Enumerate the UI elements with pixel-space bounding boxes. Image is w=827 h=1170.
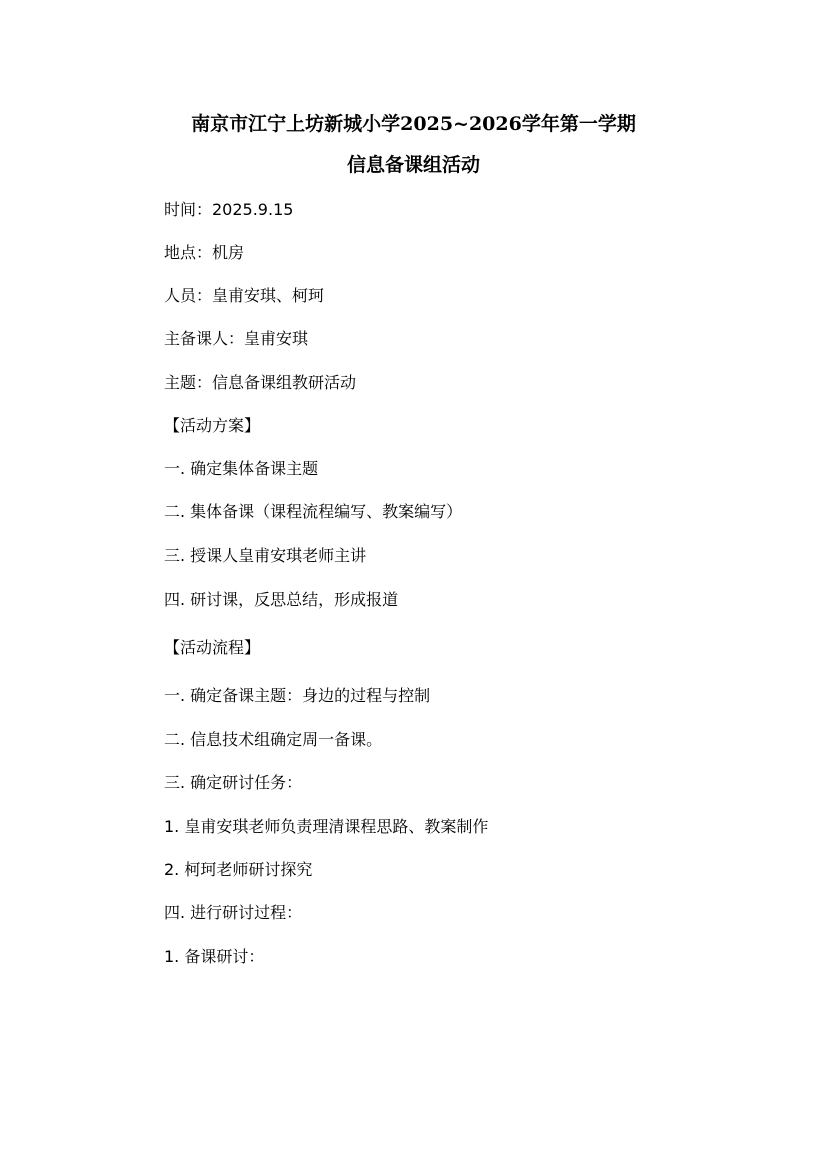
process-item: 一. 确定备课主题：身边的过程与控制	[164, 686, 430, 706]
plan-item: 三. 授课人皇甫安琪老师主讲	[164, 546, 366, 566]
process-item: 二. 信息技术组确定周一备课。	[164, 730, 382, 750]
process-item: 2. 柯珂老师研讨探究	[164, 860, 312, 880]
document-subtitle: 信息备课组活动	[0, 153, 827, 177]
process-item: 1. 皇甫安琪老师负责理清课程思路、教案制作	[164, 817, 488, 837]
info-time: 时间：2025.9.15	[164, 200, 293, 220]
info-members: 人员：皇甫安琪、柯珂	[164, 286, 324, 306]
process-item: 三. 确定研讨任务：	[164, 773, 302, 793]
document-title: 南京市江宁上坊新城小学2025~2026学年第一学期	[0, 112, 827, 136]
info-lead-preparer: 主备课人：皇甫安琪	[164, 329, 308, 349]
process-item: 1. 备课研讨：	[164, 947, 264, 967]
document-page: 南京市江宁上坊新城小学2025~2026学年第一学期 信息备课组活动 时间：20…	[0, 0, 827, 1170]
plan-item: 一. 确定集体备课主题	[164, 459, 318, 479]
plan-item: 四. 研讨课，反思总结，形成报道	[164, 590, 398, 610]
info-topic: 主题：信息备课组教研活动	[164, 373, 356, 393]
process-item: 四. 进行研讨过程：	[164, 903, 302, 923]
plan-item: 二. 集体备课（课程流程编写、教案编写）	[164, 502, 462, 522]
info-location: 地点：机房	[164, 243, 244, 263]
process-heading: 【活动流程】	[164, 638, 260, 658]
plan-heading: 【活动方案】	[164, 416, 260, 436]
